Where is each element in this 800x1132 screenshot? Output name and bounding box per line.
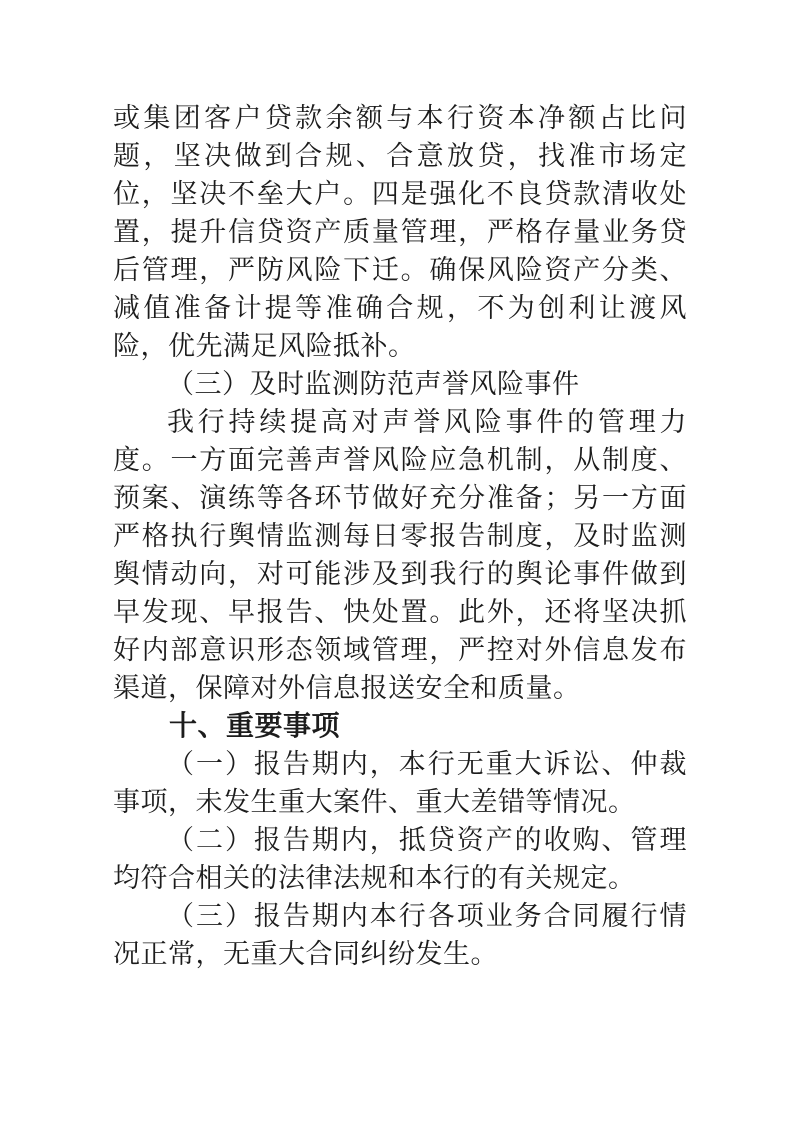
body-paragraph-item-2: （二）报告期内，抵贷资产的收购、管理均符合相关的法律法规和本行的有关规定。 bbox=[113, 821, 687, 897]
subsection-heading-reputation-risk: （三）及时监测防范声誉风险事件 bbox=[113, 365, 687, 403]
section-heading-important-matters: 十、重要事项 bbox=[113, 707, 687, 745]
body-paragraph-continuation: 或集团客户贷款余额与本行资本净额占比问题，坚决做到合规、合意放贷，找准市场定位，… bbox=[113, 99, 687, 365]
document-body: 或集团客户贷款余额与本行资本净额占比问题，坚决做到合规、合意放贷，找准市场定位，… bbox=[113, 99, 687, 973]
body-paragraph-item-3: （三）报告期内本行各项业务合同履行情况正常，无重大合同纠纷发生。 bbox=[113, 897, 687, 973]
document-page: 或集团客户贷款余额与本行资本净额占比问题，坚决做到合规、合意放贷，找准市场定位，… bbox=[0, 0, 800, 1132]
body-paragraph-reputation-risk: 我行持续提高对声誉风险事件的管理力度。一方面完善声誉风险应急机制，从制度、预案、… bbox=[113, 403, 687, 707]
body-paragraph-item-1: （一）报告期内，本行无重大诉讼、仲裁事项，未发生重大案件、重大差错等情况。 bbox=[113, 745, 687, 821]
